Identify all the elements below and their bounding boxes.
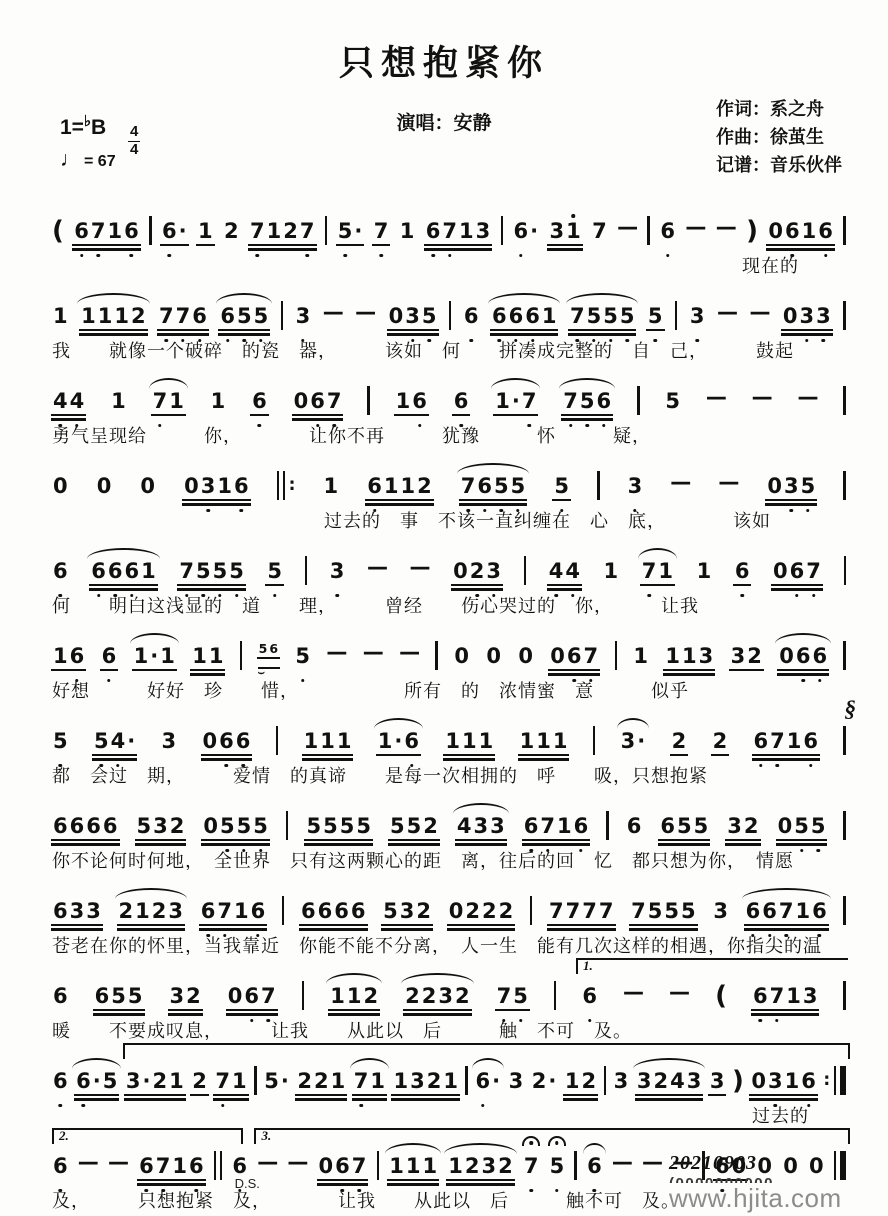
note-digit: 1 xyxy=(133,646,150,667)
note-token: 633 xyxy=(52,901,102,922)
lyrics-line: 过去的 事 不该一直纠缠在 心 底， 该如 xyxy=(52,507,846,530)
note-digit: 3 xyxy=(480,1156,497,1177)
note-digit: 4 xyxy=(456,816,473,837)
note-digit: 1 xyxy=(52,646,69,667)
note-token: 1 xyxy=(323,476,340,497)
note-digit: 6 xyxy=(309,391,326,412)
note-digit: 1 xyxy=(405,1156,422,1177)
note-digit: 6 xyxy=(659,221,676,242)
slur-arc xyxy=(566,293,639,304)
note-digit: 2 xyxy=(712,731,729,752)
note-digit: 6 xyxy=(753,731,770,752)
note-token: 1112 xyxy=(80,306,147,327)
note-token: 066 xyxy=(778,646,828,667)
lyrics-line: 苍老在你的怀里，当我靠近 你能不能不分离， 人一生 能有几次这样的相遇，你指尖的… xyxy=(52,932,846,955)
note-digit: 1 xyxy=(535,731,552,752)
note-digit: 5 xyxy=(110,986,127,1007)
note-token: 111 xyxy=(519,731,569,752)
note-digit: 1 xyxy=(97,306,114,327)
note-token: 6 xyxy=(251,391,268,412)
note-digit: 6 xyxy=(491,306,508,327)
note-digit: 2 xyxy=(151,901,168,922)
duration-dash: — xyxy=(717,302,738,323)
note-token: 0222 xyxy=(448,901,515,922)
note-token: 067 xyxy=(293,391,343,412)
note-digit: 1 xyxy=(134,901,151,922)
note-digit: 1 xyxy=(216,476,233,497)
score-header: 只想抱紧你 演唱：安静 作词：系之舟 作曲：徐茧生 记谱：音乐伙伴 1=♭B 4… xyxy=(0,0,888,190)
note-token: 71 xyxy=(214,1071,247,1092)
note-digit: 6 xyxy=(268,643,279,656)
notes-row: 0000316:16112765553——035 xyxy=(52,464,846,497)
note-digit: 1 xyxy=(494,391,511,412)
note-digit: 1 xyxy=(801,221,818,242)
note-digit: 6 xyxy=(334,1156,351,1177)
note-token: 71 xyxy=(641,561,674,582)
note-digit: 6 xyxy=(101,646,118,667)
note-digit: 6 xyxy=(453,391,470,412)
note-digit: 2 xyxy=(422,816,439,837)
note-digit: 7 xyxy=(249,221,266,242)
note-token: 0555 xyxy=(202,816,269,837)
notes-row: 554·30661111·61111113·226716 xyxy=(52,719,846,752)
note-digit: 1 xyxy=(784,1071,801,1092)
note-digit: 1 xyxy=(603,561,620,582)
barline: : xyxy=(277,471,296,500)
note-token: 6713 xyxy=(752,986,819,1007)
note-digit: 6 xyxy=(52,901,69,922)
note-digit: 6 xyxy=(251,391,268,412)
note-digit: 3 xyxy=(815,306,832,327)
note-digit: 2 xyxy=(223,221,240,242)
note-token: 655 xyxy=(94,986,144,1007)
note-digit: 7 xyxy=(539,816,556,837)
note-digit: 1 xyxy=(395,391,412,412)
score-page: 只想抱紧你 演唱：安静 作词：系之舟 作曲：徐茧生 记谱：音乐伙伴 1=♭B 4… xyxy=(0,0,888,1216)
note-digit: 6 xyxy=(512,221,529,242)
volta-bracket xyxy=(123,1043,850,1059)
note-digit: 4 xyxy=(564,561,581,582)
notes-row: 44171160671661·77565——— xyxy=(52,379,846,412)
barline xyxy=(214,1151,223,1180)
note-token: 1 xyxy=(210,391,227,412)
note-digit: 6 xyxy=(231,1156,248,1177)
note-token: 0 xyxy=(52,476,69,497)
note-token: 6 xyxy=(586,1156,603,1177)
note-token: 1 xyxy=(197,221,214,242)
note-digit: 1 xyxy=(399,476,416,497)
note-token: 6 xyxy=(463,306,480,327)
note-token: 433 xyxy=(456,816,506,837)
note-digit: 5 xyxy=(664,391,681,412)
duration-dash: — xyxy=(287,1152,308,1173)
note-token: 1232 xyxy=(447,1156,514,1177)
note-digit: 5 xyxy=(512,986,529,1007)
note-token: 6716 xyxy=(138,1156,205,1177)
note-digit: 1 xyxy=(442,1071,459,1092)
duration-dash: — xyxy=(718,472,739,493)
notation-line: 6666532055555555524336716665532055 xyxy=(52,785,846,837)
note-digit: 6 xyxy=(250,901,267,922)
note-digit: 5 xyxy=(195,561,212,582)
note-token: 6661 xyxy=(491,306,558,327)
note-digit: 2 xyxy=(497,1156,514,1177)
slur-arc xyxy=(216,293,272,304)
note-digit: 7 xyxy=(351,1156,368,1177)
note-digit: 5 xyxy=(619,306,636,327)
barline xyxy=(647,216,650,245)
duration-dash: — xyxy=(752,387,773,408)
note-digit: 0 xyxy=(517,646,534,667)
notation-line: 66661755553——0234417116067 xyxy=(52,530,846,582)
note-digit: 4 xyxy=(669,1071,686,1092)
note-digit: 6 xyxy=(403,731,420,752)
note-digit: 6 xyxy=(659,816,676,837)
note-token: 16 xyxy=(395,391,428,412)
slur-arc xyxy=(472,1058,505,1069)
system-7: 554·30661111·61111113·226716§都 会过 期， 爱情 … xyxy=(52,700,846,785)
note-digit: 5 xyxy=(647,306,664,327)
note-digit: 7 xyxy=(769,986,786,1007)
note-digit: 1 xyxy=(794,901,811,922)
note-digit: 0 xyxy=(388,306,405,327)
note-digit: 1 xyxy=(447,1156,464,1177)
note-digit: 7 xyxy=(178,561,195,582)
note-digit: 2 xyxy=(185,986,202,1007)
note-digit: 0 xyxy=(183,476,200,497)
note-token: 6 xyxy=(52,1156,69,1177)
note-digit: 6 xyxy=(811,646,828,667)
note-token: 6· xyxy=(512,221,539,242)
ds-marking: D.S. xyxy=(235,1176,260,1191)
quarter-note-icon: ♩ xyxy=(60,148,81,171)
note-digit: 6 xyxy=(596,391,613,412)
note-token: 71 xyxy=(152,391,185,412)
note-token: 32 xyxy=(730,646,763,667)
note-token: 6 xyxy=(659,221,676,242)
slur-arc xyxy=(488,293,561,304)
note-digit: 7 xyxy=(441,221,458,242)
note-digit: 6 xyxy=(795,646,812,667)
note-digit: 5 xyxy=(102,1071,119,1092)
notes-row: 66661755553——0234417116067 xyxy=(52,549,846,582)
note-digit: 7 xyxy=(630,901,647,922)
note-token: 7555 xyxy=(569,306,636,327)
note-token: 756 xyxy=(562,391,612,412)
note-digit: 1 xyxy=(159,646,176,667)
barline xyxy=(843,811,846,840)
note-digit: 0 xyxy=(772,561,789,582)
barline xyxy=(843,896,846,925)
note-digit: 7 xyxy=(591,221,608,242)
note-token: 5 xyxy=(294,646,311,667)
volta-bracket: 1. xyxy=(576,958,848,974)
note-digit: 3 xyxy=(802,986,819,1007)
note-digit: 6 xyxy=(333,901,350,922)
note-digit: 0 xyxy=(549,646,566,667)
notes-row: 633212367166666532022277777555366716 xyxy=(52,889,846,922)
note-digit: 6 xyxy=(523,816,540,837)
slur-arc xyxy=(385,1143,441,1154)
note-token: 035 xyxy=(388,306,438,327)
note-digit: 3 xyxy=(437,986,454,1007)
note-digit: 0 xyxy=(448,901,465,922)
note-digit: 2 xyxy=(481,901,498,922)
note-digit: 7 xyxy=(805,561,822,582)
note-digit: 1 xyxy=(478,731,495,752)
note-digit: 4 xyxy=(548,561,565,582)
note-digit: 6 xyxy=(123,561,140,582)
note-digit: 6 xyxy=(800,1071,817,1092)
note-digit: 7 xyxy=(460,476,477,497)
note-token: 035 xyxy=(766,476,816,497)
note-digit: 7 xyxy=(216,901,233,922)
note-digit: 6 xyxy=(243,986,260,1007)
note-digit: 2 xyxy=(743,816,760,837)
note-digit: 5 xyxy=(93,731,110,752)
barline xyxy=(449,301,452,330)
duration-dash: — xyxy=(669,982,690,1003)
note-digit: 5 xyxy=(586,306,603,327)
note-digit: 6 xyxy=(463,306,480,327)
note-digit: 3 xyxy=(698,646,715,667)
note-digit: 1 xyxy=(421,1156,438,1177)
note-digit: 3 xyxy=(627,476,644,497)
parenthesis: ) xyxy=(732,1068,744,1094)
note-digit: 2 xyxy=(671,731,688,752)
note-digit: 3 xyxy=(472,816,489,837)
note-digit: 6 xyxy=(69,816,86,837)
note-token: 1 xyxy=(399,221,416,242)
note-token: 055 xyxy=(777,816,827,837)
note-token: 552 xyxy=(389,816,439,837)
note-token: 6·5 xyxy=(75,1071,118,1092)
note-digit: 7 xyxy=(158,306,175,327)
slur-arc xyxy=(633,1058,706,1069)
barline xyxy=(377,1151,380,1180)
note-digit: 6 xyxy=(626,816,643,837)
duration-dot: · xyxy=(491,1071,501,1092)
note-digit: 3 xyxy=(409,1071,426,1092)
note-digit: 5 xyxy=(793,816,810,837)
note-digit: 7 xyxy=(581,901,598,922)
note-digit: 6 xyxy=(85,816,102,837)
note-digit: 6 xyxy=(52,561,69,582)
note-digit: 6 xyxy=(188,1156,205,1177)
note-digit: 3 xyxy=(799,306,816,327)
barline xyxy=(465,1066,468,1095)
note-digit: 6 xyxy=(817,221,834,242)
barline xyxy=(637,386,640,415)
note-digit: 2 xyxy=(118,901,135,922)
lyricist-credit: 作词：系之舟 xyxy=(716,96,842,124)
note-token: 3 xyxy=(712,901,729,922)
note-digit: 5 xyxy=(579,391,596,412)
note-digit: 7 xyxy=(523,1156,540,1177)
note-digit: 2 xyxy=(581,1071,598,1092)
lyrics-line: 勇气呈现给 你， 让你不再 犹豫 怀 疑， xyxy=(52,422,846,445)
notation-line: 44171160671661·77565——— xyxy=(52,360,846,412)
note-digit: 1 xyxy=(377,731,394,752)
note-token: 5 xyxy=(52,731,69,752)
system-8: 6666532055555555524336716665532055你不论何时何… xyxy=(52,785,846,870)
note-digit: 3 xyxy=(404,306,421,327)
note-digit: 6 xyxy=(789,561,806,582)
note-digit: 1 xyxy=(191,646,208,667)
segno-icon: § xyxy=(845,696,857,722)
note-token: 3243 xyxy=(636,1071,703,1092)
note-digit: 2 xyxy=(169,816,186,837)
note-digit: 6 xyxy=(52,986,69,1007)
system-4: 0000316:16112765553——035过去的 事 不该一直纠缠在 心 … xyxy=(52,445,846,530)
note-token: 2 xyxy=(712,731,729,752)
barline xyxy=(435,641,438,670)
duration-dash: — xyxy=(367,557,388,578)
duration-dash: — xyxy=(410,557,431,578)
note-digit: 1 xyxy=(681,646,698,667)
duration-dot: · xyxy=(636,731,646,752)
note-digit: 6 xyxy=(138,1156,155,1177)
barline xyxy=(843,471,846,500)
barline xyxy=(843,216,846,245)
note-digit: 1 xyxy=(786,731,803,752)
parenthesis: ( xyxy=(52,218,64,244)
barline xyxy=(574,1151,577,1180)
page-title: 只想抱紧你 xyxy=(0,36,888,86)
barline xyxy=(524,556,527,585)
note-token: 6 xyxy=(453,391,470,412)
note-digit: 6 xyxy=(90,561,107,582)
barline xyxy=(554,981,557,1010)
note-digit: 6 xyxy=(233,476,250,497)
note-token: 6 xyxy=(101,646,118,667)
note-token: 111 xyxy=(444,731,494,752)
note-token: 1321 xyxy=(392,1071,459,1092)
note-digit: 7 xyxy=(152,391,169,412)
notation-line: 1661·111565———000067111332066 xyxy=(52,615,846,667)
barline: : xyxy=(823,1066,845,1095)
note-token: 1·1 xyxy=(133,646,176,667)
note-digit: 2 xyxy=(296,1071,313,1092)
duration-dash: — xyxy=(623,982,644,1003)
duration-dash: — xyxy=(612,1152,633,1173)
note-digit: 6 xyxy=(508,306,525,327)
note-digit: 3 xyxy=(689,306,706,327)
system-2: 111127766553——03566661755553——033我 就像一个破… xyxy=(52,275,846,360)
slur-arc xyxy=(401,973,474,984)
note-digit: 5 xyxy=(647,901,664,922)
duration-dash: — xyxy=(642,1152,663,1173)
note-digit: 5 xyxy=(219,816,236,837)
note-token: 532 xyxy=(382,901,432,922)
note-digit: 1 xyxy=(330,1071,347,1092)
duration-dash: — xyxy=(363,642,384,663)
note-digit: 6 xyxy=(52,1071,69,1092)
note-digit: 1 xyxy=(303,731,320,752)
volta-bracket: 2. xyxy=(52,1128,243,1144)
barline xyxy=(597,471,600,500)
note-digit: 1 xyxy=(336,731,353,752)
note-digit: 2 xyxy=(404,986,421,1007)
note-digit: 7 xyxy=(769,731,786,752)
note-digit: 1 xyxy=(388,1156,405,1177)
note-token: 6 xyxy=(734,561,751,582)
slur-arc xyxy=(453,803,509,814)
note-digit: 1 xyxy=(323,476,340,497)
note-digit: 2 xyxy=(416,476,433,497)
note-digit: 1 xyxy=(266,221,283,242)
duration-dash: — xyxy=(706,387,727,408)
barline xyxy=(843,726,846,755)
note-digit: 2 xyxy=(130,306,147,327)
note-digit: 5 xyxy=(258,643,269,656)
note-digit: 3 xyxy=(295,306,312,327)
note-digit: 1 xyxy=(208,646,225,667)
note-token: 1 xyxy=(603,561,620,582)
notation-line: 66·53·212715·2217113216·32·12332433)0316… xyxy=(52,1040,846,1092)
note-digit: 0 xyxy=(766,476,783,497)
duration-dash: — xyxy=(323,302,344,323)
note-digit: 5 xyxy=(228,561,245,582)
note-token: 3 xyxy=(161,731,178,752)
note-digit: 2 xyxy=(652,1071,669,1092)
note-digit: 1 xyxy=(519,731,536,752)
note-token: 7655 xyxy=(460,476,527,497)
note-digit: 1 xyxy=(444,731,461,752)
note-token: 6713 xyxy=(425,221,492,242)
note-token: 2 xyxy=(223,221,240,242)
note-digit: 7 xyxy=(598,901,615,922)
note-digit: 5 xyxy=(136,816,153,837)
note-digit: 1 xyxy=(346,986,363,1007)
note-digit: 1 xyxy=(657,561,674,582)
note-digit: 6 xyxy=(475,1071,492,1092)
tempo-value: = 67 xyxy=(84,153,116,170)
note-digit: 1 xyxy=(461,731,478,752)
volta-label: 1. xyxy=(583,958,593,974)
note-digit: 3 xyxy=(613,1071,630,1092)
note-digit: 2 xyxy=(454,986,471,1007)
note-digit: 5 xyxy=(406,816,423,837)
note-digit: 6 xyxy=(161,221,178,242)
notation-line: (67166·1271275·7167136·317—6——)0616 xyxy=(52,190,846,242)
note-token: 0316 xyxy=(183,476,250,497)
note-digit: 7 xyxy=(562,391,579,412)
slur-arc xyxy=(72,1058,121,1069)
note-token: 1·6 xyxy=(377,731,420,752)
note-token: 5 xyxy=(664,391,681,412)
note-digit: 7 xyxy=(373,221,390,242)
note-digit: 6 xyxy=(586,1156,603,1177)
note-digit: 3 xyxy=(85,901,102,922)
slur-arc xyxy=(326,973,382,984)
note-digit: 2 xyxy=(282,221,299,242)
duration-dot: · xyxy=(393,731,403,752)
volta-bracket: 3. xyxy=(254,1128,850,1144)
note-digit: 7 xyxy=(155,1156,172,1177)
duration-dash: — xyxy=(355,302,376,323)
note-digit: 0 xyxy=(293,391,310,412)
note-digit: 6 xyxy=(107,561,124,582)
slur-arc xyxy=(115,888,188,899)
note-digit: 0 xyxy=(452,561,469,582)
notes-row: 66·53·212715·2217113216·32·12332433)0316… xyxy=(52,1059,846,1092)
barline xyxy=(254,1066,257,1095)
duration-dot: · xyxy=(511,391,521,412)
note-digit: 1 xyxy=(458,221,475,242)
barline xyxy=(282,896,285,925)
note-token: 3 xyxy=(329,561,346,582)
